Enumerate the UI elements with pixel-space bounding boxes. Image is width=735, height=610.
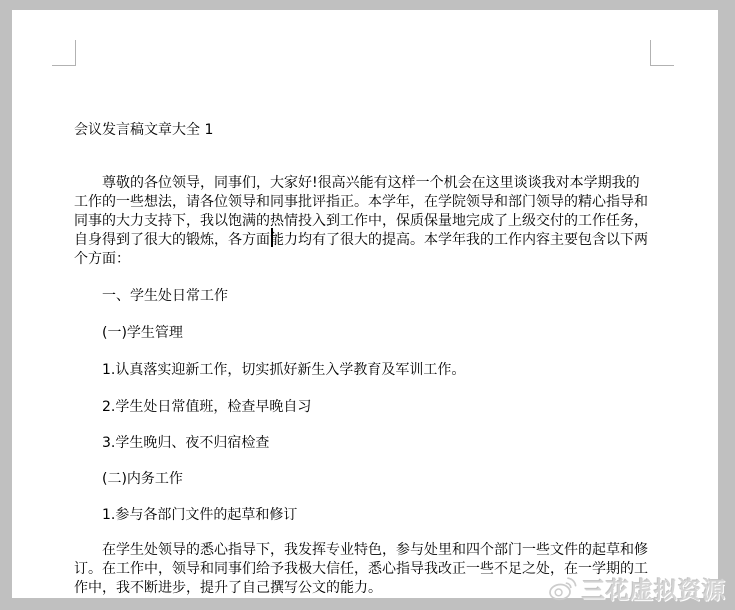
- paragraph2-line3: 作中，我不断进步，提升了自己撰写公文的能力。: [74, 579, 382, 598]
- margin-corner-mark-right: [650, 40, 674, 66]
- section-heading-1: 一、学生处日常工作: [102, 287, 228, 306]
- margin-corner-mark-left: [52, 40, 76, 66]
- watermark-text: 三花虚拟资源: [582, 572, 726, 605]
- section-heading-3: (二)内务工作: [102, 470, 183, 489]
- paragraph1-line5: 个方面：: [74, 250, 130, 269]
- document-viewer: { "document": { "title": "会议发言稿文章大全 1", …: [0, 0, 735, 610]
- text-cursor: [271, 228, 273, 247]
- paragraph1-line2: 工作的一些想法，请各位领导和同事批评指正。本学年，在学院领导和部门领导的精心指导…: [74, 193, 648, 212]
- weibo-logo-icon: [546, 573, 578, 605]
- section-heading-2: (一)学生管理: [102, 324, 183, 343]
- document-title: 会议发言稿文章大全 1: [74, 121, 213, 140]
- section-item-4: 1.参与各部门文件的起草和修订: [102, 506, 297, 525]
- document-page[interactable]: 会议发言稿文章大全 1 尊敬的各位领导，同事们，大家好!很高兴能有这样一个机会在…: [12, 10, 718, 598]
- paragraph1-line1: 尊敬的各位领导，同事们，大家好!很高兴能有这样一个机会在这里谈谈我对本学期我的: [102, 174, 640, 193]
- paragraph1-line3: 同事的大力支持下，我以饱满的热情投入到工作中，保质保量地完成了上级交付的工作任务…: [74, 212, 648, 231]
- watermark: 三花虚拟资源: [546, 572, 726, 605]
- paragraph1-line4: 自身得到了很大的锻炼，各方面能力均有了很大的提高。本学年我的工作内容主要包含以下…: [74, 231, 648, 250]
- section-item-2: 2.学生处日常值班，检查早晚自习: [102, 398, 311, 417]
- section-item-3: 3.学生晚归、夜不归宿检查: [102, 434, 269, 453]
- paragraph2-line1: 在学生处领导的悉心指导下，我发挥专业特色，参与处里和四个部门一些文件的起草和修: [102, 541, 648, 560]
- section-item-1: 1.认真落实迎新工作，切实抓好新生入学教育及军训工作。: [102, 361, 465, 380]
